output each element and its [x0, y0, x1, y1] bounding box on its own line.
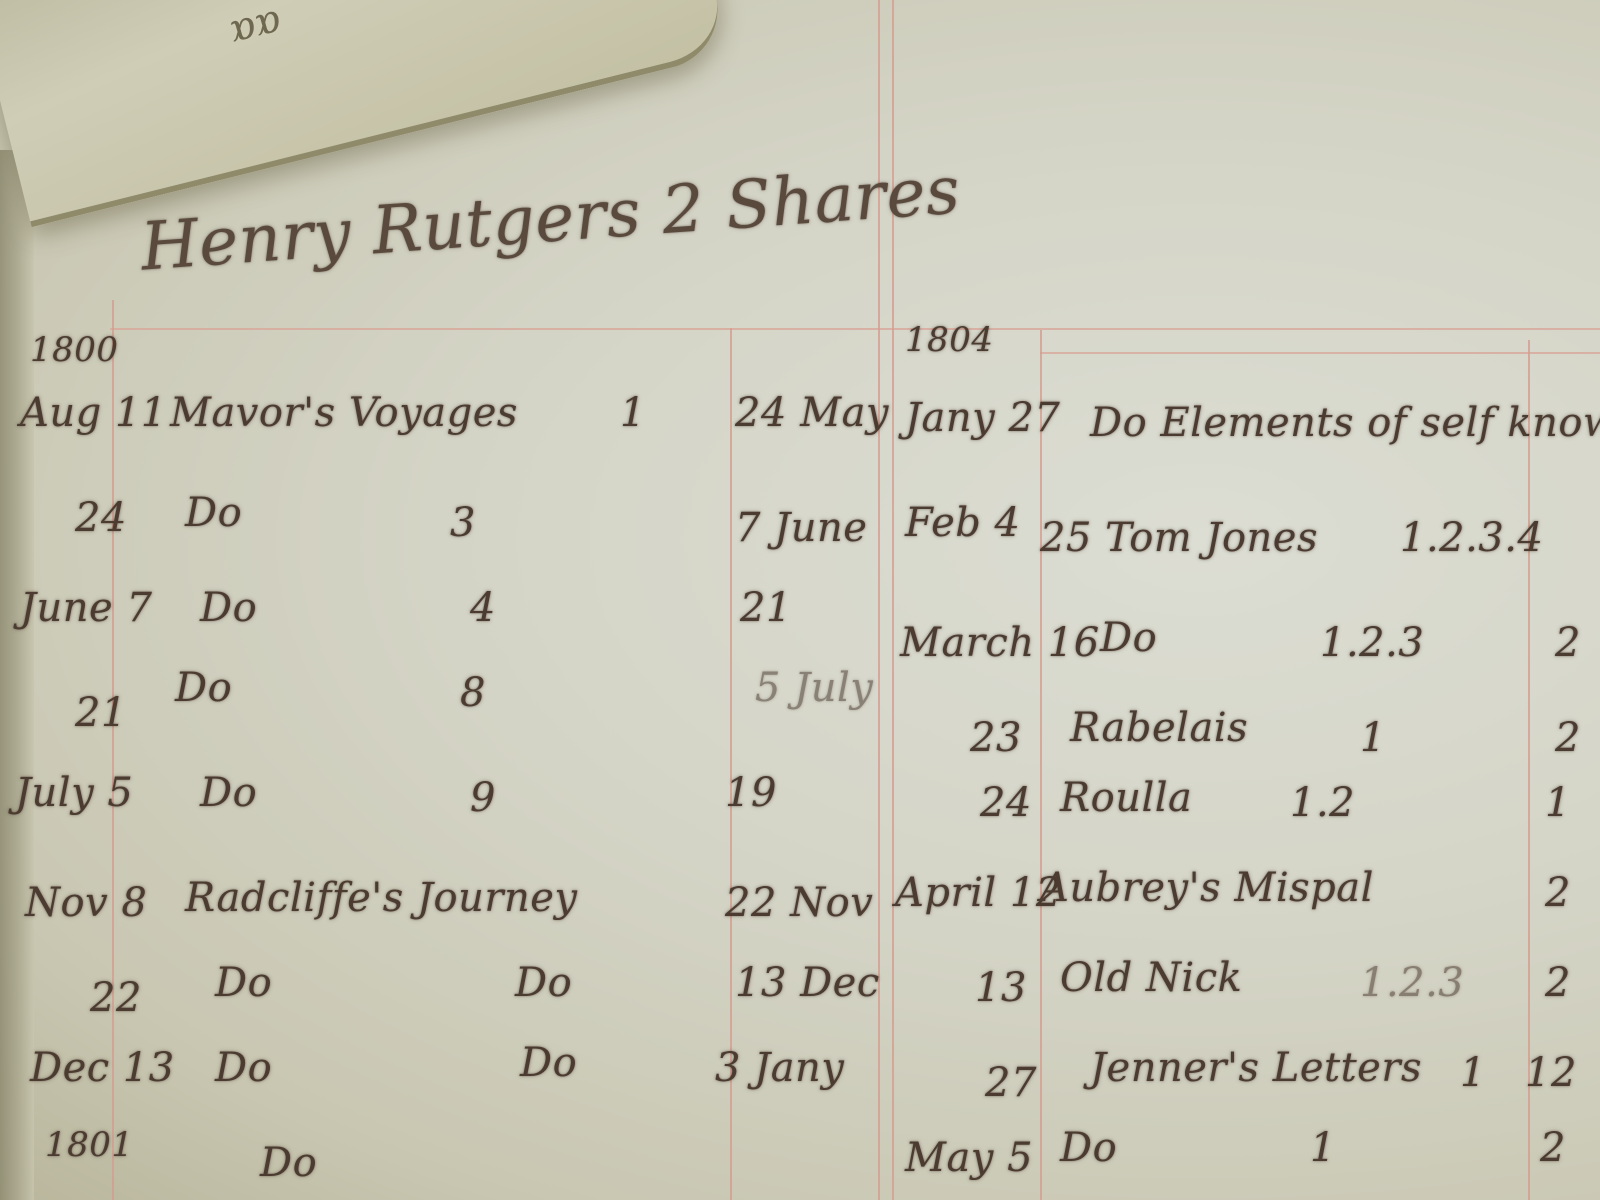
- entry-volume: 1: [620, 390, 646, 436]
- entry-date: Jany 27: [905, 395, 1060, 441]
- entry-returned: 24 May: [735, 390, 889, 436]
- entry-title: Do Elements of self knowledge: [1090, 400, 1600, 446]
- header-rule-top: [110, 328, 1600, 330]
- entry-title: Rabelais: [1070, 705, 1248, 751]
- entry-date: April 12: [895, 870, 1062, 916]
- entry-title: Do: [1100, 615, 1157, 661]
- entry-title: Do: [1060, 1125, 1117, 1171]
- entry-volume: 9: [470, 775, 496, 821]
- entry-volume: 1: [1310, 1125, 1336, 1171]
- entry-date: 21: [75, 690, 127, 736]
- entry-title: Roulla: [1060, 775, 1192, 821]
- entry-title: Do: [185, 490, 242, 536]
- entry-date: 24: [75, 495, 127, 541]
- entry-title: Radcliffe's Journey: [185, 875, 578, 921]
- entry-date: Feb 4: [905, 500, 1021, 546]
- right-year: 1804: [905, 320, 994, 360]
- entry-returned: 1: [1545, 780, 1571, 826]
- entry-volume: 3: [450, 500, 476, 546]
- entry-date: 22: [90, 975, 142, 1021]
- entry-title: Do: [200, 770, 257, 816]
- entry-volume: 8: [460, 670, 486, 716]
- entry-returned: 13 Dec: [735, 960, 880, 1006]
- entry-returned: 12: [1525, 1050, 1577, 1096]
- entry-returned: 19: [725, 770, 777, 816]
- entry-returned: 2: [1540, 1125, 1566, 1171]
- entry-returned: 22 Nov: [725, 880, 873, 926]
- entry-date: 13: [975, 965, 1027, 1011]
- entry-title: Do: [215, 960, 272, 1006]
- entry-date: July 5: [15, 770, 133, 816]
- entry-title: Aubrey's Mispal: [1040, 865, 1374, 911]
- entry-volume: 1.2.3: [1320, 620, 1424, 666]
- entry-title: Jenner's Letters: [1090, 1045, 1422, 1091]
- entry-volume: 1.2.3.4: [1400, 515, 1543, 561]
- book-spine-shadow: [0, 150, 34, 1200]
- entry-title: Old Nick: [1060, 955, 1242, 1001]
- entry-title: Do: [175, 665, 232, 711]
- entry-date: March 16: [900, 620, 1100, 666]
- entry-date: 23: [970, 715, 1022, 761]
- header-rule-bottom: [1040, 352, 1600, 354]
- entry-volume: 1: [1460, 1050, 1486, 1096]
- entry-date: 24: [980, 780, 1032, 826]
- entry-returned: 2: [1545, 870, 1571, 916]
- entry-returned: 2: [1545, 960, 1571, 1006]
- entry-returned: 7 June: [735, 505, 867, 551]
- entry-returned: 2: [1555, 620, 1581, 666]
- entry-title: Do: [200, 585, 257, 631]
- entry-volume: 1.2.3: [1360, 960, 1464, 1006]
- entry-returned: 2: [1555, 715, 1581, 761]
- right-margin-rule: [1040, 330, 1042, 1200]
- entry-title: Do: [260, 1140, 317, 1186]
- entry-date: 1801: [45, 1125, 134, 1165]
- entry-title: Do: [215, 1045, 272, 1091]
- ledger-title: Henry Rutgers 2 Shares: [138, 151, 962, 285]
- entry-volume: Do: [515, 960, 572, 1006]
- entry-returned: 5 July: [755, 665, 873, 711]
- entry-returned: 3 Jany: [715, 1045, 844, 1091]
- entry-date: Dec 13: [30, 1045, 175, 1091]
- entry-date: Aug 11: [20, 390, 167, 436]
- left-year: 1800: [30, 330, 119, 370]
- flap-text: ɒɒ: [224, 0, 284, 51]
- entry-title: Mavor's Voyages: [170, 390, 518, 436]
- ledger-page: ɒɒ Henry Rutgers 2 Shares 1800 1804 Aug …: [0, 0, 1600, 1200]
- entry-date: May 5: [905, 1135, 1033, 1181]
- entry-volume: 1: [1360, 715, 1386, 761]
- entry-volume: Do: [520, 1040, 577, 1086]
- entry-date: 27: [985, 1060, 1037, 1106]
- entry-volume: 4: [470, 585, 496, 631]
- entry-date: June 7: [20, 585, 152, 631]
- entry-returned: 21: [740, 585, 792, 631]
- entry-volume: 1.2: [1290, 780, 1355, 826]
- entry-date: Nov 8: [25, 880, 147, 926]
- entry-title: 25 Tom Jones: [1040, 515, 1318, 561]
